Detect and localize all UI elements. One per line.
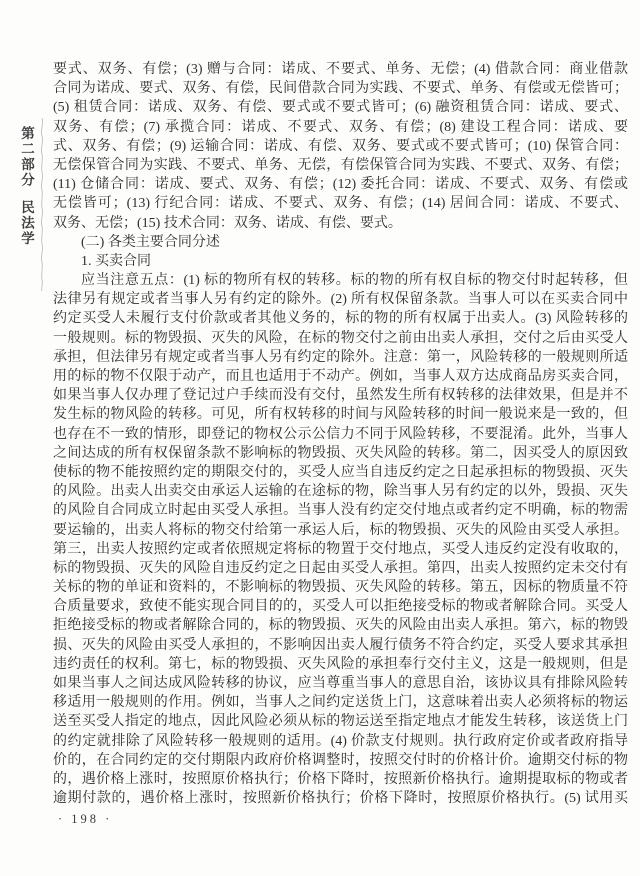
text-line: 合质量要求，致使不能实现合同目的的，买受人可以拒绝接受标的物或者解除合同。买受人 [53,597,628,616]
text-line: 标的物毁损、灭失的风险自违反约定之日起由买受人承担。第四，出卖人按照约定未交付有 [53,559,628,578]
text-line: 的风险。出卖人出卖交由承运人运输的在途标的物，除当事人另有约定的以外，毁损、灭失 [53,482,628,501]
ornament-flourish-rule [37,116,47,292]
text-line: 双务、无偿；(15) 技术合同：双务、诺成、有偿、要式。 [53,214,628,233]
text-line: 也存在不一致的情形，即登记的物权公示公信力不同于风险转移，不要混淆。此外，当事人 [53,425,628,444]
book-page: 第二部分民法学 要式、双务、有偿；(3) 赠与合同：诺成、不要式、单务、无偿；(… [0,0,640,876]
text-line: 移适用一般规则的作用。例如，当事人之间约定送货上门，这意味着出卖人必须将标的物运 [53,693,628,712]
text-line: 无偿保管合同为实践、不要式、单务、无偿，有偿保管合同为实践、不要式、双务、有偿； [53,156,628,175]
text-line: 1. 买卖合同 [53,252,628,271]
text-block: 要式、双务、有偿；(3) 赠与合同：诺成、不要式、单务、无偿；(4) 借款合同：… [53,60,628,808]
text-line: 之间达成的所有权保留条款不影响标的物毁损、灭失风险的转移。第二，因买受人的原因致 [53,444,628,463]
text-line: 违约责任的权利。第七，标的物毁损、灭失风险的承担奉行交付主义，这是一般规则，但是 [53,655,628,674]
text-line: 损、灭失的风险由买受人承担的，不影响因出卖人履行债务不符合约定，买受人要求其承担 [53,636,628,655]
text-line: 双务、有偿；(7) 承揽合同：诺成、不要式、双务、有偿；(8) 建设工程合同：诺… [53,118,628,137]
part-label: 第二部分 [18,126,34,188]
text-line: 要运输的，出卖人将标的物交付给第一承运人后，标的物毁损、灭失的风险由买受人承担。 [53,521,628,540]
text-line: 应当注意五点：(1) 标的物所有权的转移。标的物的所有权自标的物交付时起转移，但 [53,271,628,290]
text-line: (5) 租赁合同：诺成、双务、有偿、要式或不要式皆可；(6) 融资租赁合同：诺成… [53,98,628,117]
text-line: 的约定就排除了风险转移一般规则的适用。(4) 价款支付规则。执行政府定价或者政府… [53,732,628,751]
text-line: 约定买受人未履行支付价款或者其他义务的，标的物的所有权属于出卖人。(3) 风险转… [53,309,628,328]
subject-label: 民法学 [19,200,34,247]
text-line: (11) 仓储合同：诺成、要式、双务、有偿；(12) 委托合同：诺成、不要式、双… [53,175,628,194]
text-line: 的风险自合同成立时起由买受人承担。当事人没有约定交付地点或者约定不明确，标的物需 [53,501,628,520]
text-line: 第三，出卖人按照约定或者依照规定将标的物置于交付地点，买受人违反约定没有收取的， [53,540,628,559]
text-line: 式、双务、有偿；(9) 运输合同：诺成、有偿、双务、要式或不要式皆可；(10) … [53,137,628,156]
text-line: 价的，在合同约定的交付期限内政府价格调整时，按照交付时的价格计价。逾期交付标的物 [53,751,628,770]
text-line: 要式、双务、有偿；(3) 赠与合同：诺成、不要式、单务、无偿；(4) 借款合同：… [53,60,628,79]
text-line: 逾期付款的，遇价格上涨时，按照新价格执行；价格下降时，按照原价格执行。(5) 试… [53,789,628,808]
text-line: 一般规则。标的物毁损、灭失的风险，在标的物交付之前由出卖人承担，交付之后由买受人 [53,329,628,348]
text-line: 送至买受人指定的地点，因此风险必须从标的物运送至指定地点才能发生转移，该送货上门 [53,712,628,731]
text-line: 合同为诺成、要式、双务、有偿，民间借款合同为实践、不要式、单务、有偿或无偿皆可； [53,79,628,98]
text-line: 拒绝接受标的物或者解除合同的，标的物毁损、灭失的风险由出卖人承担。第六，标的物毁 [53,616,628,635]
text-line: 如果当事人之间达成风险转移的协议，应当尊重当事人的意思自治，该协议具有排除风险转 [53,674,628,693]
text-line: 发生标的物风险的转移。可见，所有权转移的时间与风险转移的时间一般说来是一致的，但 [53,405,628,424]
sidebar-vertical-text: 第二部分民法学 [18,126,34,247]
text-line: 无偿皆可；(13) 行纪合同：诺成、不要式、双务、有偿；(14) 居间合同：诺成… [53,194,628,213]
text-line: (二) 各类主要合同分述 [53,233,628,252]
text-line: 使标的物不能按照约定的期限交付的，买受人应当自违反约定之日起承担标的物毁损、灭失 [53,463,628,482]
text-line: 法律另有规定或者当事人另有约定的除外。(2) 所有权保留条款。当事人可以在买卖合… [53,290,628,309]
text-line: 用的标的物不仅限于动产，而且也适用于不动产。例如，当事人双方达成商品房买卖合同， [53,367,628,386]
text-line: 承担，但法律另有规定或者当事人另有约定的除外。注意：第一，风险转移的一般规则所适 [53,348,628,367]
page-number: · 198 · [58,812,112,827]
text-line: 的，遇价格上涨时，按照原价格执行；价格下降时，按照新价格执行。逾期提取标的物或者 [53,770,628,789]
text-line: 关标的物的单证和资料的，不影响标的物毁损、灭失风险的转移。第五，因标的物质量不符 [53,578,628,597]
text-line: 如果当事人仅办理了登记过户手续而没有交付，虽然发生所有权转移的法律效果，但是并不 [53,386,628,405]
